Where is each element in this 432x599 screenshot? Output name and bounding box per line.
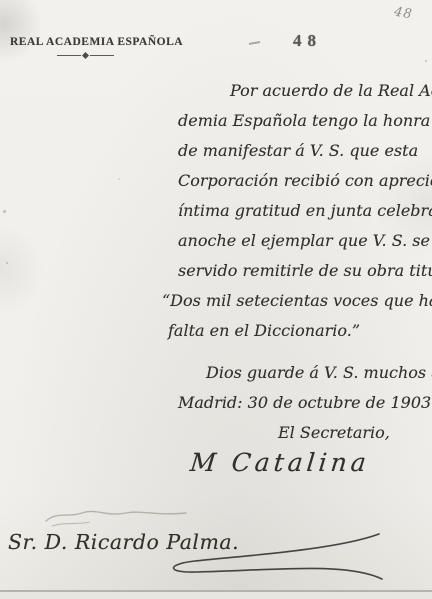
dateline: Madrid: 30 de octubre de 1903. [156, 388, 432, 418]
scan-speck [425, 60, 427, 62]
signature: M Catalina [154, 448, 432, 482]
signer-title-line: El Secretario, [156, 418, 432, 448]
letterhead: REAL ACADEMIA ESPAÑOLA [10, 36, 160, 58]
divider-line [57, 55, 81, 56]
stamp-dash-mark [249, 41, 260, 45]
pencil-scribble [42, 503, 190, 531]
scan-bottom-edge [0, 590, 432, 599]
letterhead-title: REAL ACADEMIA ESPAÑOLA [10, 36, 160, 48]
letter-line: íntima gratitud en junta celebrada [156, 196, 432, 226]
divider-diamond-icon [81, 52, 88, 59]
folio-stamp-number: 48 [293, 31, 322, 51]
scan-speck [6, 262, 8, 264]
scanned-letter-page: REAL ACADEMIA ESPAÑOLA 48 48 Por acuerdo… [0, 0, 432, 599]
letter-line: anoche el ejemplar que V. S. se ha [156, 226, 432, 256]
letterhead-divider [10, 53, 160, 58]
folio-pencil-number: 48 [393, 5, 414, 23]
letter-closing: Dios guarde á V. S. muchos años. Madrid:… [156, 358, 432, 448]
letter-line: servido remitirle de su obra titulada [156, 256, 432, 286]
letter-line: Por acuerdo de la Real Aca- [156, 76, 432, 106]
letter-line-book-title: “Dos mil setecientas voces que hacen [156, 286, 432, 316]
recipient: Sr. D. Ricardo Palma. [8, 530, 239, 554]
letter-line: de manifestar á V. S. que esta [156, 136, 432, 166]
divider-line [90, 55, 114, 56]
letter-line: demia Española tengo la honra [156, 106, 432, 136]
letter-line: Corporación recibió con aprecio é [156, 166, 432, 196]
scan-speck [118, 178, 120, 180]
letter-line-book-title: falta en el Diccionario.” [156, 316, 432, 346]
scan-speck [3, 210, 6, 213]
valediction-line: Dios guarde á V. S. muchos años. [156, 358, 432, 388]
letter-body: Por acuerdo de la Real Aca- demia Españo… [156, 76, 432, 482]
